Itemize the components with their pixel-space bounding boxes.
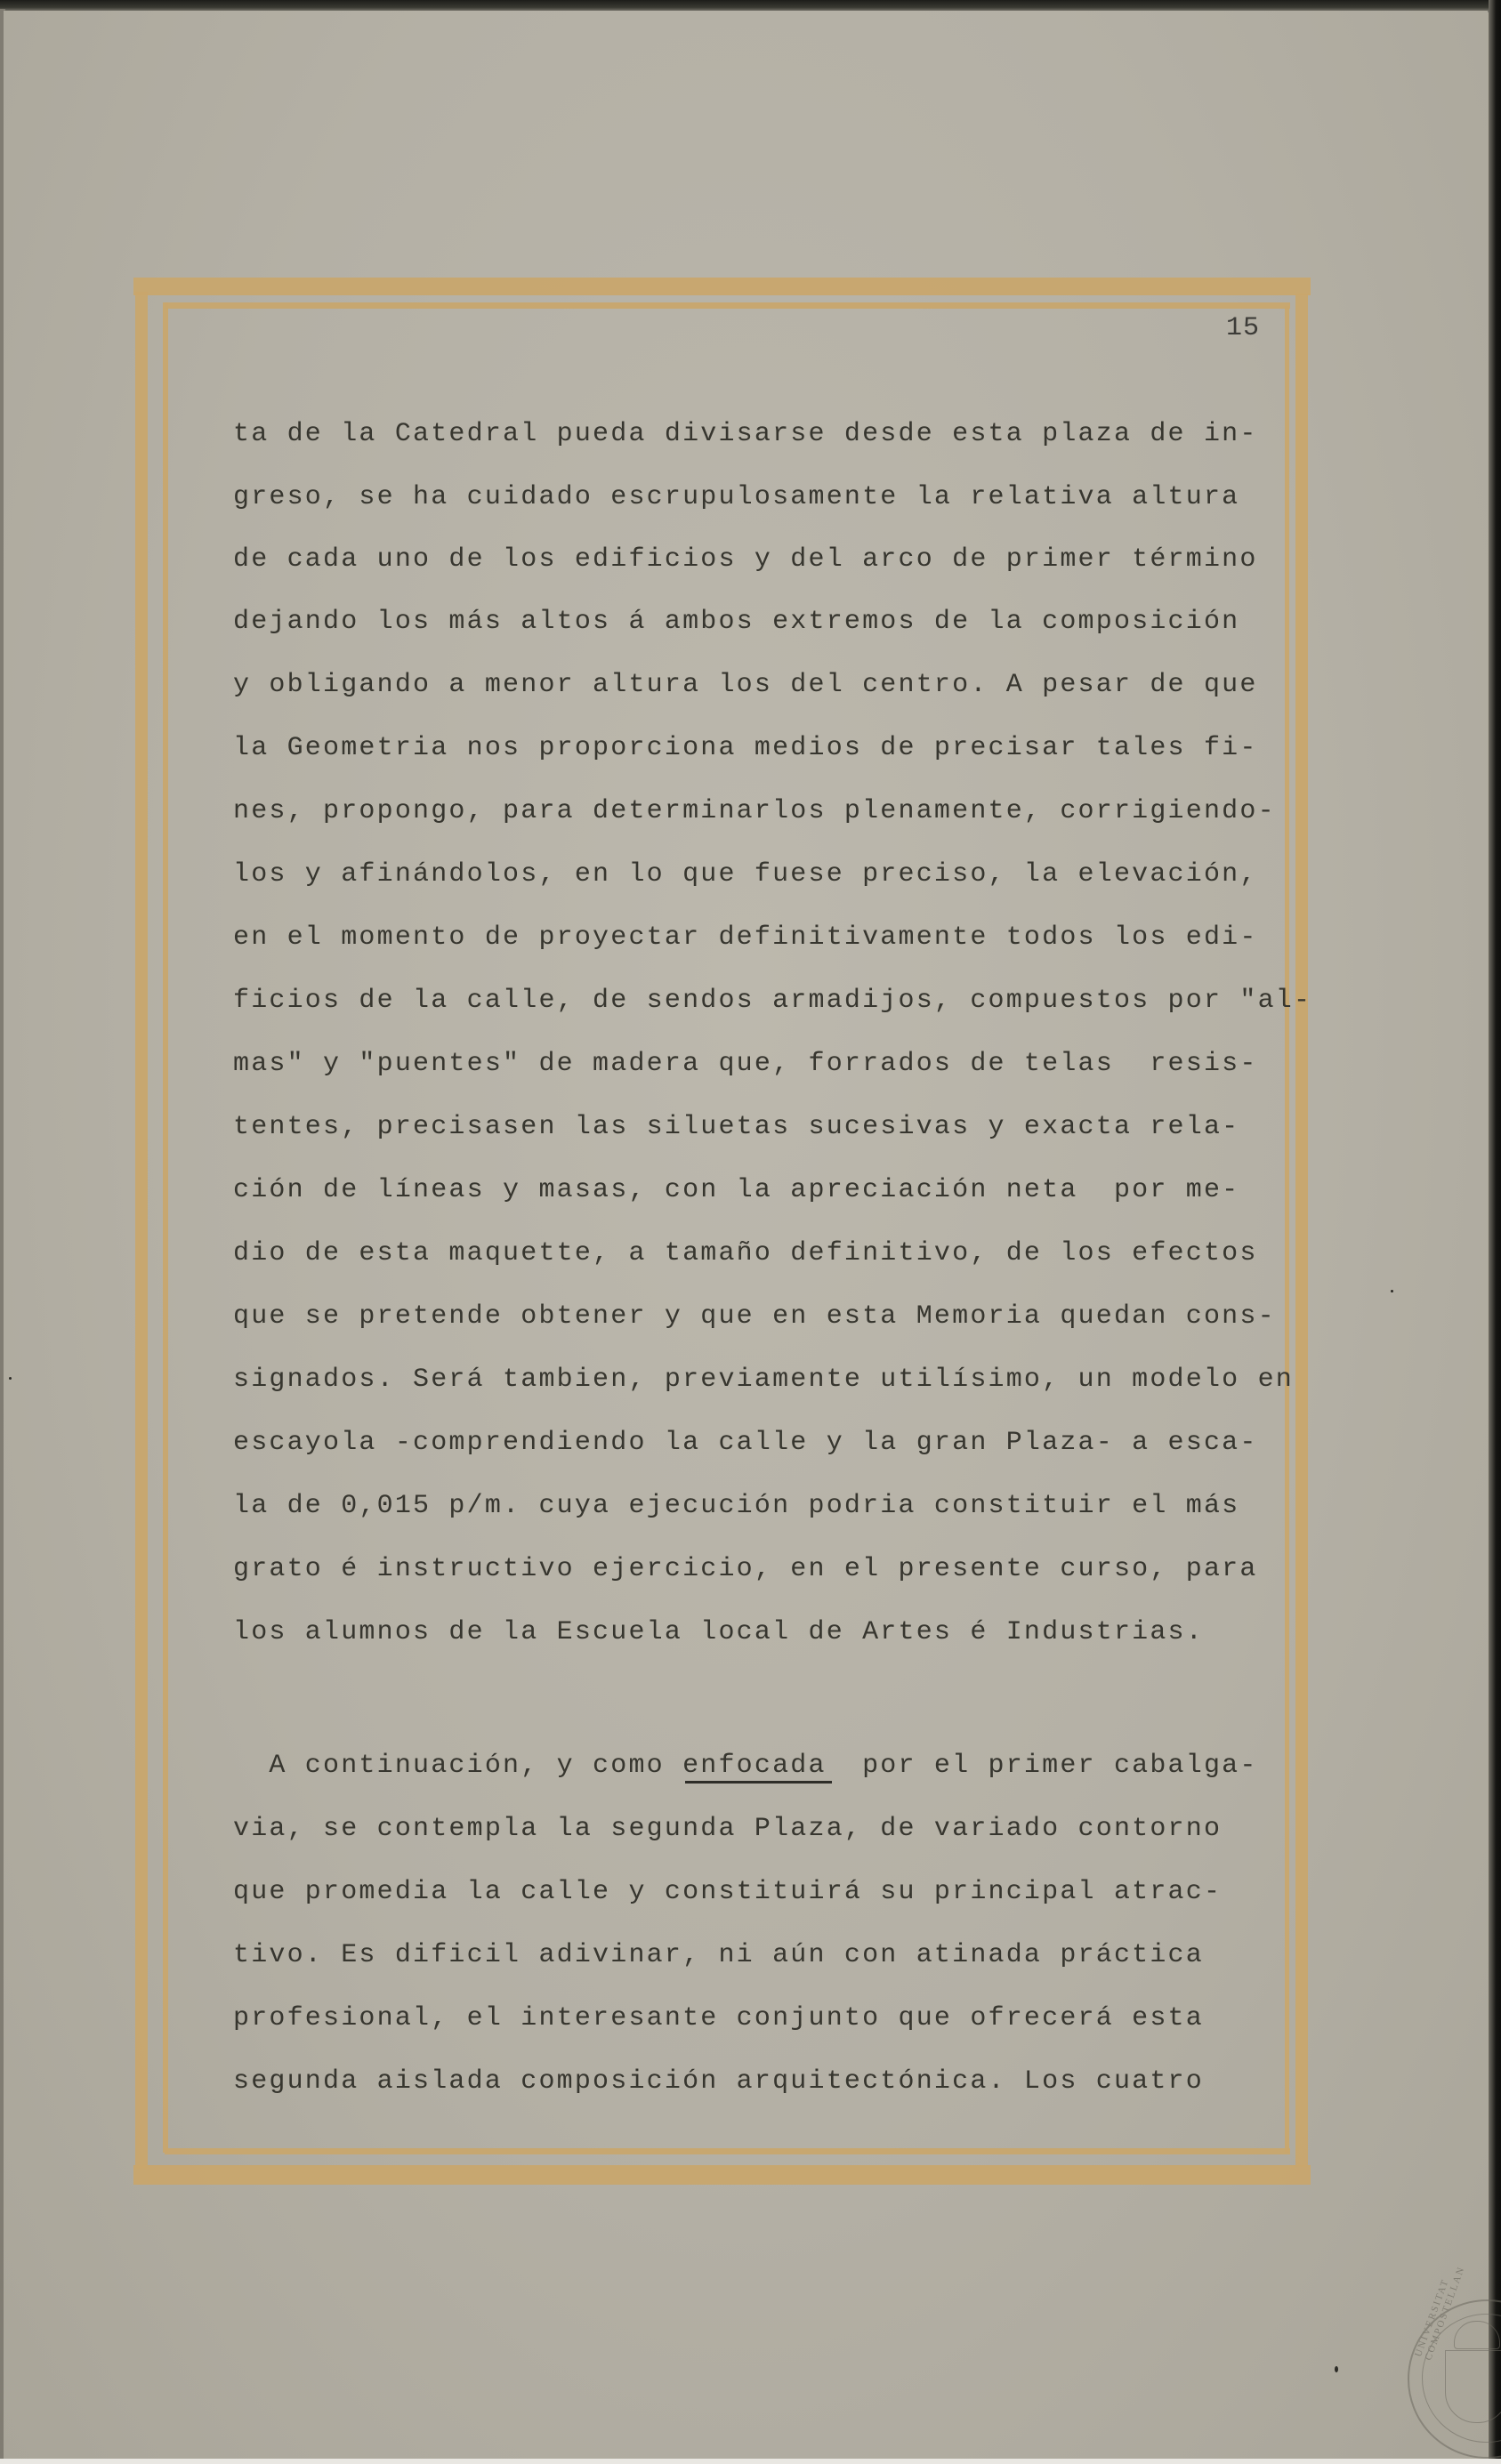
text-line: y obligando a menor altura los del centr… xyxy=(233,669,1258,701)
text-line: greso, se ha cuidado escrupulosamente la… xyxy=(233,481,1239,513)
text-line: ficios de la calle, de sendos armadijos,… xyxy=(233,985,1311,1017)
text-line: via, se contempla la segunda Plaza, de v… xyxy=(233,1813,1222,1845)
page-number: 15 xyxy=(1226,313,1260,343)
text-line: profesional, el interesante conjunto que… xyxy=(233,2002,1204,2034)
text-line: la Geometria nos proporciona medios de p… xyxy=(233,732,1258,764)
text-line: que promedia la calle y constituirá su p… xyxy=(233,1876,1222,1908)
frame-inner-top xyxy=(165,302,1290,309)
frame-outer-right xyxy=(1295,294,1308,2167)
text-line: en el momento de proyectar definitivamen… xyxy=(233,922,1258,954)
text-line: ta de la Catedral pueda divisarse desde … xyxy=(233,418,1258,450)
text-line: la de 0,015 p/m. cuya ejecución podria c… xyxy=(233,1490,1239,1522)
text-line: dejando los más altos á ambos extremos d… xyxy=(233,606,1239,638)
frame-outer-left xyxy=(135,292,148,2169)
text-line: A continuación, y como enfocada por el p… xyxy=(233,1750,1258,1782)
frame-outer-bottom xyxy=(133,2165,1311,2185)
frame-inner-right xyxy=(1285,306,1289,2153)
scan-right-edge xyxy=(1489,0,1501,2464)
text-line: tentes, precisasen las siluetas sucesiva… xyxy=(233,1111,1239,1143)
text-line: de cada uno de los edificios y del arco … xyxy=(233,544,1258,576)
underline-mark xyxy=(685,1781,832,1784)
frame-inner-bottom xyxy=(165,2148,1290,2154)
text-line: ción de líneas y masas, con la apreciaci… xyxy=(233,1174,1239,1206)
text-line: signados. Será tambien, previamente util… xyxy=(233,1364,1294,1396)
text-line: nes, propongo, para determinarlos plenam… xyxy=(233,795,1276,827)
text-line: tivo. Es dificil adivinar, ni aún con at… xyxy=(233,1939,1204,1971)
text-line: segunda aislada composición arquitectóni… xyxy=(233,2065,1204,2098)
text-line: escayola -comprendiendo la calle y la gr… xyxy=(233,1427,1258,1459)
ink-speck xyxy=(9,1377,12,1380)
ink-speck xyxy=(1391,1290,1393,1292)
text-line: mas" y "puentes" de madera que, forrados… xyxy=(233,1048,1258,1080)
text-line: que se pretende obtener y que en esta Me… xyxy=(233,1300,1276,1333)
frame-inner-left xyxy=(163,302,168,2153)
coat-of-arms-shield-icon xyxy=(1445,2350,1501,2423)
text-line: grato é instructivo ejercicio, en el pre… xyxy=(233,1553,1258,1585)
scan-bottom-edge xyxy=(0,2459,1501,2464)
ink-speck xyxy=(1335,2366,1338,2372)
frame-outer-top xyxy=(133,278,1311,295)
text-line: los y afinándolos, en lo que fuese preci… xyxy=(233,858,1258,890)
text-line: dio de esta maquette, a tamaño definitiv… xyxy=(233,1237,1258,1269)
text-line: los alumnos de la Escuela local de Artes… xyxy=(233,1616,1204,1648)
